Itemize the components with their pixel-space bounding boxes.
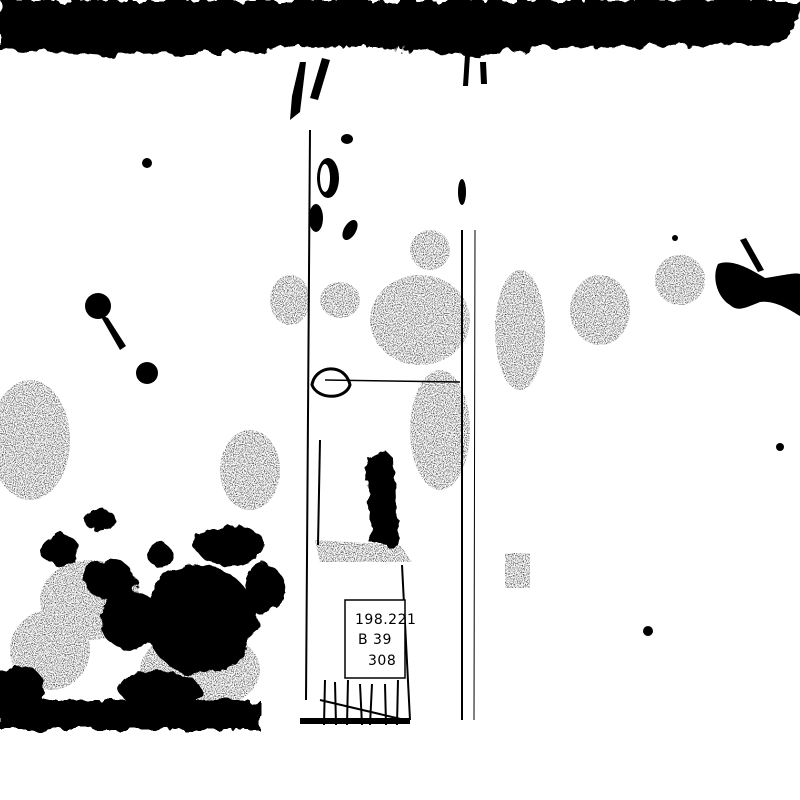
stain-spot <box>776 443 784 451</box>
stain-blob <box>100 315 126 350</box>
stain-spot <box>339 217 360 242</box>
drip <box>310 58 330 100</box>
drip <box>463 55 470 86</box>
small-arc <box>312 369 350 396</box>
stain-spot <box>309 204 323 232</box>
stain-blob <box>136 362 158 384</box>
base-line <box>300 718 410 724</box>
stain-spot <box>142 158 152 168</box>
stain-spot <box>643 626 653 636</box>
label-line-number: 308 <box>368 654 396 668</box>
label-line-series: B 39 <box>358 633 392 647</box>
drip <box>480 62 487 84</box>
stain-spot <box>341 134 353 144</box>
label-line-classification: 198.221 <box>355 613 416 627</box>
stain-spot <box>505 553 530 588</box>
label-object-top <box>365 450 398 545</box>
scanned-surface <box>0 0 800 800</box>
grainy-stains <box>0 230 705 510</box>
stain-spot <box>320 164 330 192</box>
stain-spot <box>672 235 678 241</box>
stain-blob <box>85 293 111 319</box>
top-dark-band <box>0 0 800 58</box>
stain-spot <box>458 179 466 205</box>
panel-edge <box>474 230 475 720</box>
drip <box>290 62 306 120</box>
